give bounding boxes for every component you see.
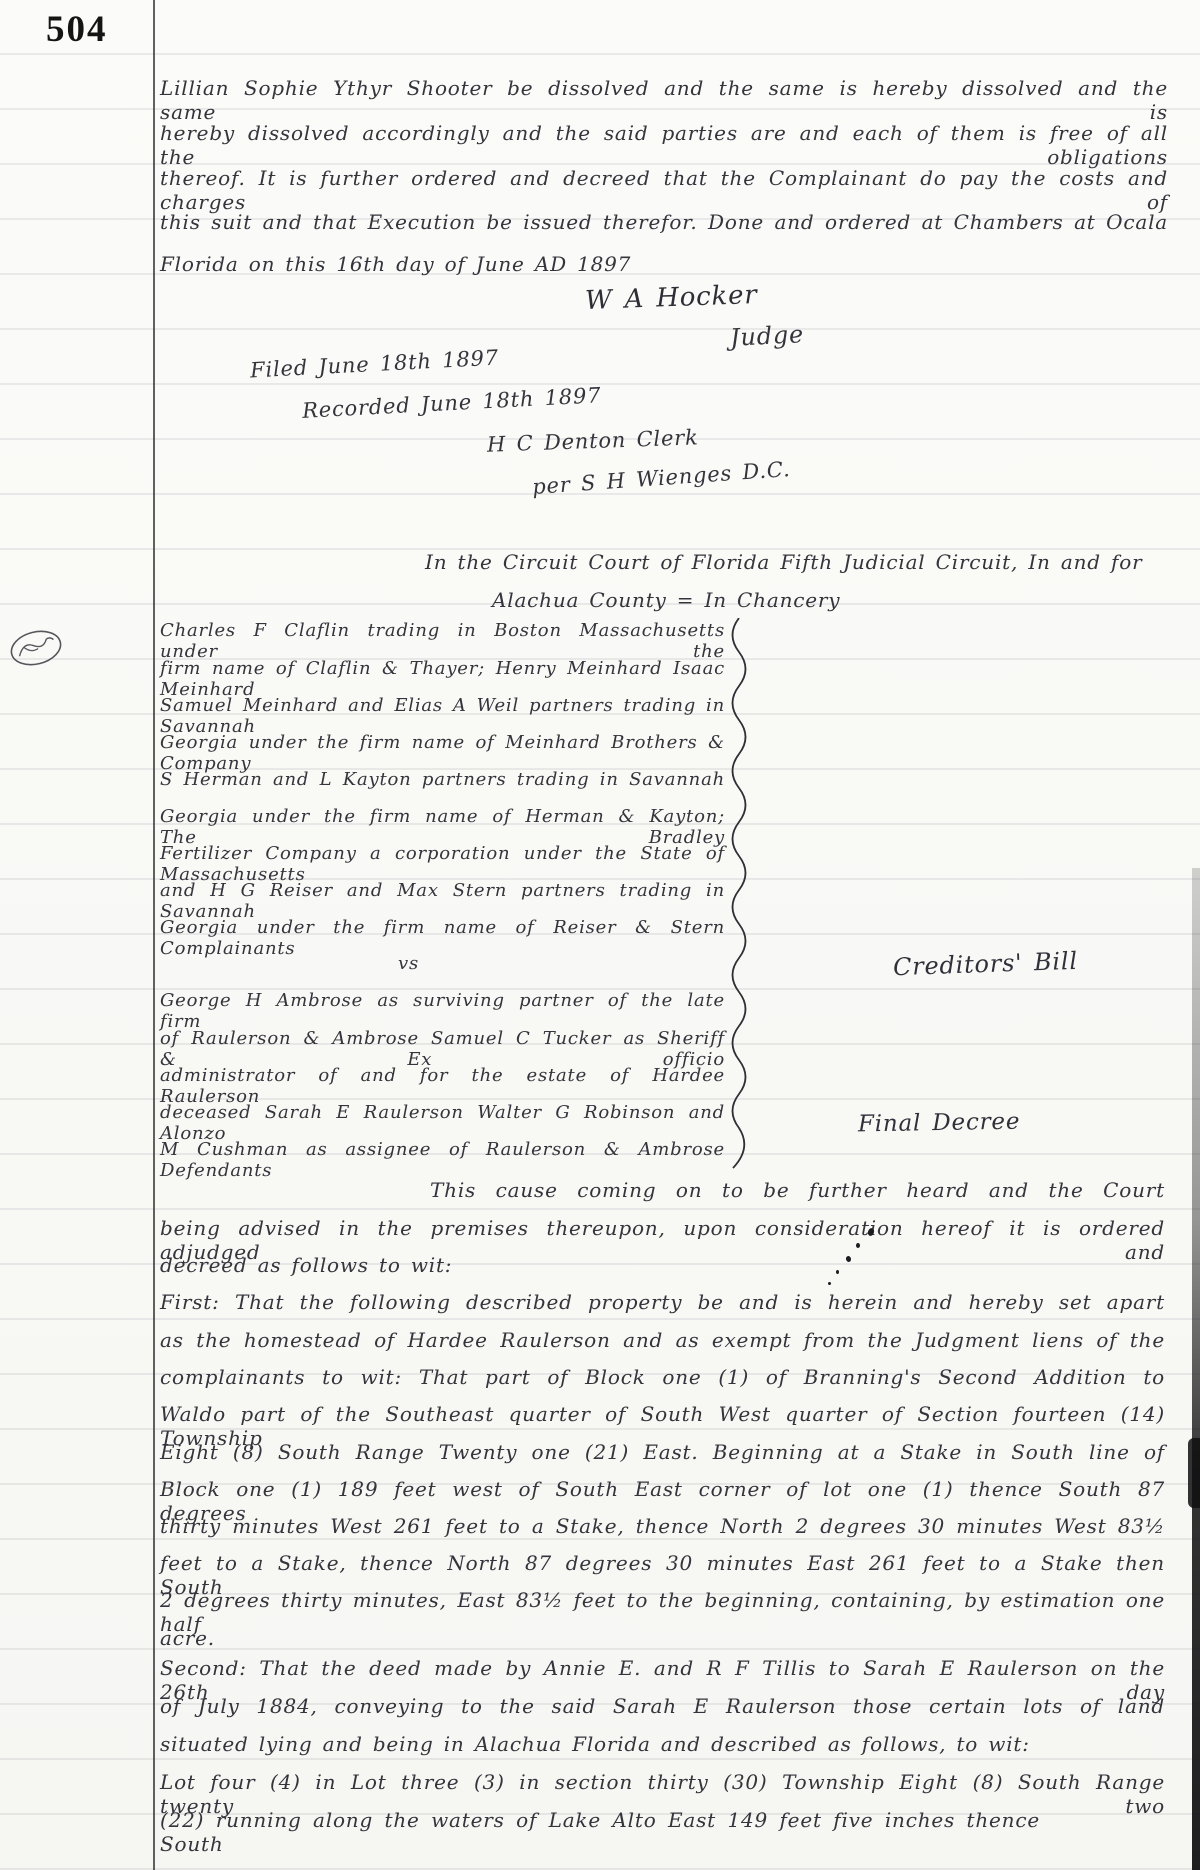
creditors-bill-label: Creditors' Bill [893,947,1079,981]
decree-body-line: 2 degrees thirty minutes, East 83½ feet … [160,1588,1165,1636]
binding-edge-shadow [1192,868,1200,1870]
complainants-line: Georgia under the firm name of Herman & … [160,806,725,848]
recorded-note: Recorded June 18th 1897 [302,383,602,423]
decree-body-line: of July 1884, conveying to the said Sara… [160,1694,1165,1718]
decree-body-line: (22) running along the waters of Lake Al… [160,1808,1040,1856]
complainants-line: S Herman and L Kayton partners trading i… [160,769,725,790]
decree-body-line: First: That the following described prop… [160,1290,1165,1314]
prior-decree-line: hereby dissolved accordingly and the sai… [160,121,1168,169]
ink-blot [836,1270,839,1274]
prior-decree-line: Florida on this 16th day of June AD 1897 [160,252,631,276]
final-decree-label: Final Decree [858,1109,1021,1138]
decree-body-line: situated lying and being in Alachua Flor… [160,1732,1030,1756]
decree-body-line: thirty minutes West 261 feet to a Stake,… [160,1514,1165,1538]
defendants-line: administrator of and for the estate of H… [160,1065,725,1107]
record-book-page: 504 Lillian Sophie Ythyr Shooter be diss… [0,0,1200,1870]
decree-body-line: This cause coming on to be further heard… [430,1178,1165,1202]
decree-body-line: Eight (8) South Range Twenty one (21) Ea… [160,1440,1165,1464]
defendants-line: M Cushman as assignee of Raulerson & Amb… [160,1139,725,1181]
complainants-line: Georgia under the firm name of Reiser & … [160,917,725,959]
complainants-line: Georgia under the firm name of Meinhard … [160,732,725,774]
complainants-line: firm name of Claflin & Thayer; Henry Mei… [160,658,725,700]
court-heading-line-1: In the Circuit Court of Florida Fifth Ju… [425,550,1142,574]
complainants-line: and H G Reiser and Max Stern partners tr… [160,880,725,922]
complainants-line: Charles F Claflin trading in Boston Mass… [160,620,725,662]
defendants-line: of Raulerson & Ambrose Samuel C Tucker a… [160,1028,725,1070]
defendants-line: George H Ambrose as surviving partner of… [160,990,725,1032]
complainants-line: Samuel Meinhard and Elias A Weil partner… [160,695,725,737]
clerk-signature: H C Denton Clerk [487,425,699,456]
decree-body-line: decreed as follows to wit: [160,1253,452,1277]
margin-seal-mark [4,620,69,676]
ink-blot [828,1282,831,1285]
complainants-line: Fertilizer Company a corporation under t… [160,843,725,885]
decree-body-line: complainants to wit: That part of Block … [160,1365,1165,1389]
deputy-clerk-signature: per S H Wienges D.C. [531,457,791,499]
page-number: 504 [46,8,108,51]
prior-decree-line: Lillian Sophie Ythyr Shooter be dissolve… [160,76,1168,124]
defendants-line: deceased Sarah E Raulerson Walter G Robi… [160,1102,725,1144]
binding-edge-blob [1188,1438,1200,1508]
versus-label: vs [398,953,419,974]
decree-body-line: as the homestead of Hardee Raulerson and… [160,1328,1165,1352]
filed-note: Filed June 18th 1897 [250,346,500,383]
left-margin-rule [153,0,155,1870]
ink-blot [856,1243,860,1248]
decree-body-line: acre. [160,1626,215,1650]
prior-decree-line: this suit and that Execution be issued t… [160,210,1168,234]
prior-decree-line: thereof. It is further ordered and decre… [160,166,1168,214]
judge-signature: W A Hocker [585,280,758,316]
judge-title: Judge [729,320,804,352]
case-bracket-squiggle [715,618,759,1170]
court-heading-line-2: Alachua County = In Chancery [492,588,840,612]
